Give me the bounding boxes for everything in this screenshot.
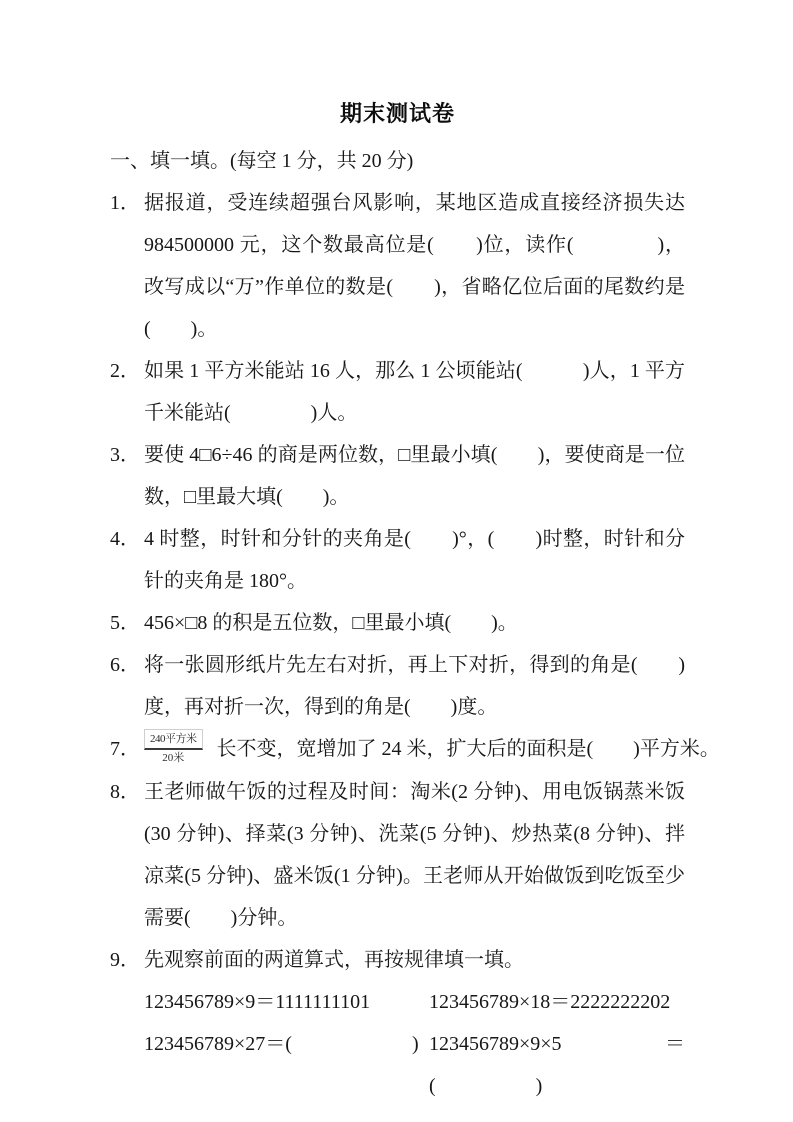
equation-9x27: 123456789×27＝( ) <box>144 1023 429 1107</box>
rectangle-figure: 240平方米 20米 <box>144 729 203 765</box>
section-note: (每空 1 分，共 20 分) <box>230 150 413 172</box>
section-label: 一、填一填。 <box>110 150 230 172</box>
question-number: 6． <box>110 644 144 686</box>
question-6: 6． 将一张圆形纸片先左右对折，再上下对折，得到的角是( )度，再对折一次，得到… <box>110 644 685 728</box>
question-3: 3． 要使 4□6÷46 的商是两位数，□里最小填( )，要使商是一位数，□里最… <box>110 434 685 518</box>
equation-row: 123456789×27＝( ) 123456789×9×5＝( ) <box>144 1023 685 1107</box>
question-number: 8． <box>110 771 144 813</box>
equation-row: 123456789×9＝1111111101 123456789×18＝2222… <box>144 981 685 1023</box>
question-1: 1． 据报道，受连续超强台风影响，某地区造成直接经济损失达 984500000 … <box>110 182 685 350</box>
question-number: 4． <box>110 518 144 560</box>
question-9: 9． 先观察前面的两道算式，再按规律填一填。 123456789×9＝11111… <box>110 939 685 1107</box>
equation-9x9x5: 123456789×9×5＝( ) <box>429 1023 685 1107</box>
question-number: 1． <box>110 182 144 224</box>
question-4: 4． 4 时整，时针和分针的夹角是( )°，( )时整，时针和分针的夹角是 18… <box>110 518 685 602</box>
question-text: 先观察前面的两道算式，再按规律填一填。 <box>144 949 524 971</box>
question-text: 王老师做午饭的过程及时间：淘米(2 分钟)、用电饭锅蒸米饭(30 分钟)、择菜(… <box>144 781 685 929</box>
question-number: 3． <box>110 434 144 476</box>
page-title: 期末测试卷 <box>110 100 685 130</box>
question-text: 长不变，宽增加了 24 米，扩大后的面积是( )平方米。 <box>217 738 720 760</box>
question-text: 如果 1 平方米能站 16 人，那么 1 公顷能站( )人，1 平方千米能站( … <box>144 360 685 424</box>
question-8: 8． 王老师做午饭的过程及时间：淘米(2 分钟)、用电饭锅蒸米饭(30 分钟)、… <box>110 771 685 939</box>
question-number: 7． <box>110 728 144 770</box>
question-number: 5． <box>110 602 144 644</box>
question-5: 5． 456×□8 的积是五位数，□里最小填( )。 <box>110 602 685 644</box>
question-number: 9． <box>110 939 144 981</box>
question-7: 7． 240平方米 20米 长不变，宽增加了 24 米，扩大后的面积是( )平方… <box>110 728 685 771</box>
question-text: 据报道，受连续超强台风影响，某地区造成直接经济损失达 984500000 元，这… <box>144 192 685 340</box>
question-text: 4 时整，时针和分针的夹角是( )°，( )时整，时针和分针的夹角是 180°。 <box>144 528 685 592</box>
figure-area-label: 240平方米 <box>144 729 203 750</box>
equation-9x18: 123456789×18＝2222222202 <box>429 981 685 1023</box>
figure-width-label: 20米 <box>144 750 203 765</box>
question-text: 456×□8 的积是五位数，□里最小填( )。 <box>144 612 518 634</box>
question-number: 2． <box>110 350 144 392</box>
section-header: 一、填一填。(每空 1 分，共 20 分) <box>110 140 685 182</box>
test-paper-page: 期末测试卷 一、填一填。(每空 1 分，共 20 分) 1． 据报道，受连续超强… <box>0 0 793 1122</box>
equation-9x9: 123456789×9＝1111111101 <box>144 981 429 1023</box>
question-text: 将一张圆形纸片先左右对折，再上下对折，得到的角是( )度，再对折一次，得到的角是… <box>144 654 685 718</box>
question-2: 2． 如果 1 平方米能站 16 人，那么 1 公顷能站( )人，1 平方千米能… <box>110 350 685 434</box>
question-text: 要使 4□6÷46 的商是两位数，□里最小填( )，要使商是一位数，□里最大填(… <box>144 444 685 508</box>
